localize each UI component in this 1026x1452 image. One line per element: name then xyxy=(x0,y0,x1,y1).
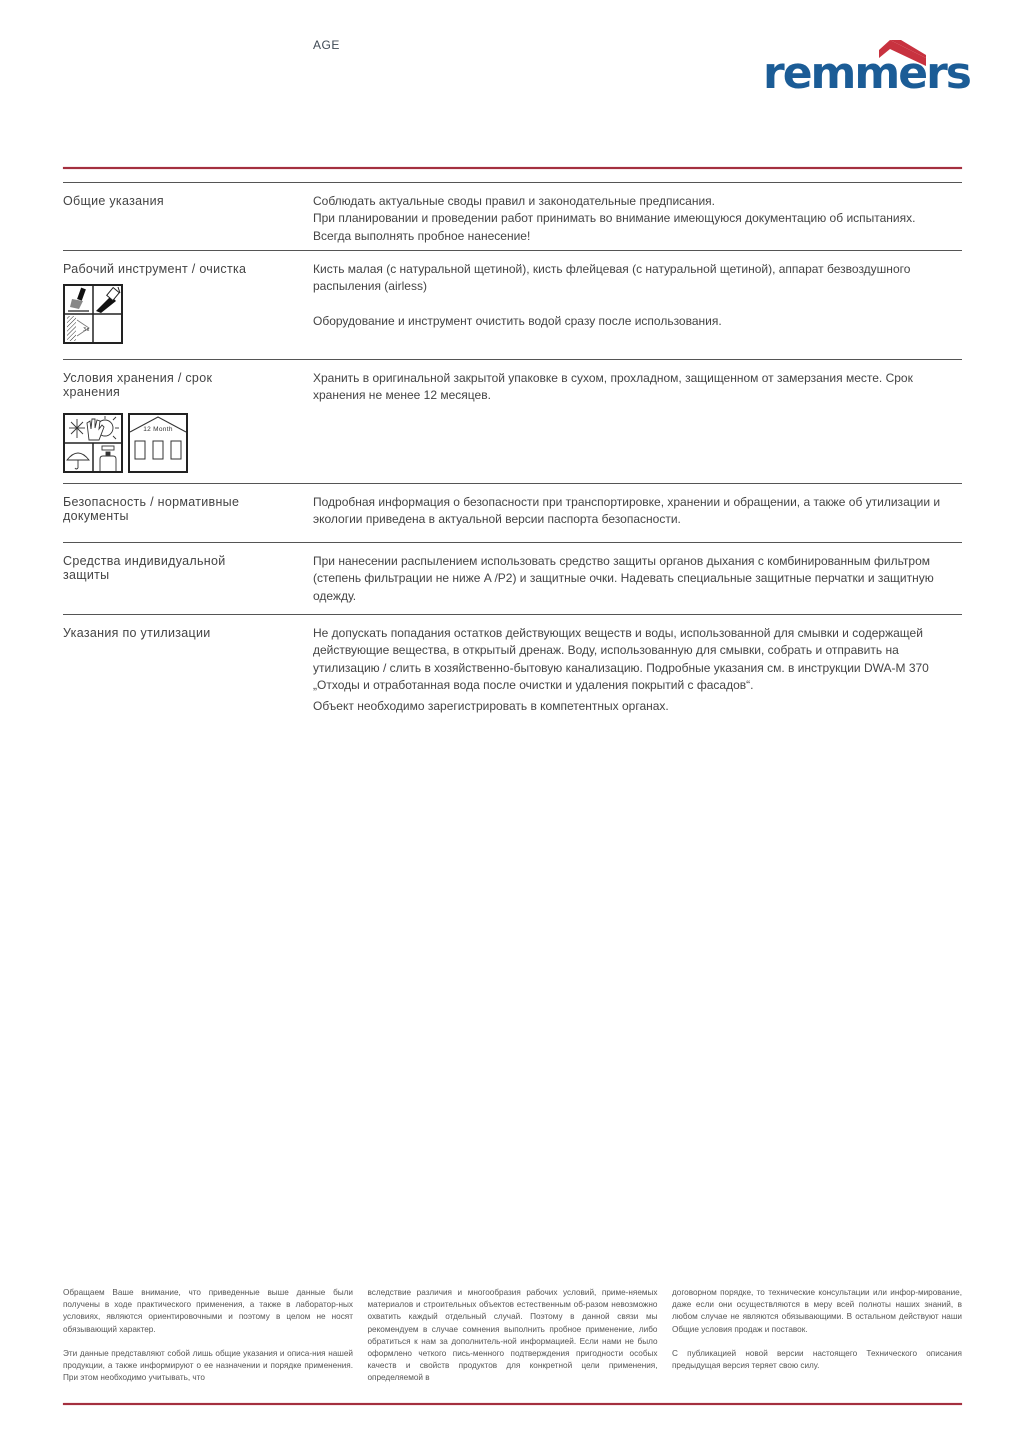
paragraph: При планировании и проведении работ прин… xyxy=(313,210,962,227)
section-label: Общие указания xyxy=(63,183,313,250)
paragraph: При нанесении распылением использовать с… xyxy=(313,553,962,605)
tools-pictograms: 3x xyxy=(63,284,313,344)
disclaimer-column-2: вследствие различия и многообразия рабоч… xyxy=(368,1287,658,1397)
disclaimer-paragraph: С публикацией новой версии настоящего Те… xyxy=(672,1348,962,1372)
paragraph: Хранить в оригинальной закрытой упаковке… xyxy=(313,370,962,405)
paragraph: Не допускать попадания остатков действую… xyxy=(313,625,962,695)
disclaimer-column-3: договорном порядке, то технические консу… xyxy=(672,1287,962,1397)
footer-divider xyxy=(63,1403,962,1405)
section-label-block: Условия хранения / срок хранения xyxy=(63,360,313,483)
paragraph: Оборудование и инструмент очистить водой… xyxy=(313,313,962,330)
section-ppe: Средства индивидуальной защиты При нанес… xyxy=(63,542,962,614)
paragraph: Объект необходимо зарегистрировать в ком… xyxy=(313,698,962,715)
section-label-block: Рабочий инструмент / очистка xyxy=(63,251,313,359)
svg-text:3x: 3x xyxy=(83,327,90,333)
section-label: Указания по утилизации xyxy=(63,615,313,725)
section-label: Рабочий инструмент / очистка xyxy=(63,262,313,276)
paragraph: Соблюдать актуальные своды правил и зако… xyxy=(313,193,962,210)
header-divider xyxy=(63,167,962,169)
section-tools: Рабочий инструмент / очистка xyxy=(63,250,962,359)
section-label: Условия хранения / срок хранения xyxy=(63,371,243,399)
document-code: AGE xyxy=(313,38,340,52)
logo-wordmark: remmers xyxy=(763,52,970,96)
storage-conditions-icon xyxy=(63,413,123,473)
legal-disclaimer: Обращаем Ваше внимание, что приведенные … xyxy=(63,1287,962,1397)
section-safety: Безопасность / нормативные документы Под… xyxy=(63,483,962,542)
section-general: Общие указания Соблюдать актуальные свод… xyxy=(63,182,962,250)
section-content: Хранить в оригинальной закрытой упаковке… xyxy=(313,360,962,483)
paragraph: Всегда выполнять пробное нанесение! xyxy=(313,228,962,245)
section-storage: Условия хранения / срок хранения xyxy=(63,359,962,483)
disclaimer-paragraph: Обращаем Ваше внимание, что приведенные … xyxy=(63,1287,353,1336)
svg-text:12 Month: 12 Month xyxy=(143,426,173,433)
disclaimer-paragraph: договорном порядке, то технические консу… xyxy=(672,1287,962,1336)
remmers-logo: remmers xyxy=(763,38,963,104)
section-content: Не допускать попадания остатков действую… xyxy=(313,615,962,725)
disclaimer-paragraph: вследствие различия и многообразия рабоч… xyxy=(368,1287,658,1385)
disclaimer-column-1: Обращаем Ваше внимание, что приведенные … xyxy=(63,1287,353,1397)
paragraph: Подробная информация о безопасности при … xyxy=(313,494,962,529)
disclaimer-paragraph: Эти данные представляют собой лишь общие… xyxy=(63,1348,353,1385)
section-label: Средства индивидуальной защиты xyxy=(63,543,243,614)
section-content: При нанесении распылением использовать с… xyxy=(313,543,962,614)
paragraph: Кисть малая (с натуральной щетиной), кис… xyxy=(313,261,962,296)
section-label: Безопасность / нормативные документы xyxy=(63,484,263,542)
tools-pictogram-icon: 3x xyxy=(63,284,123,344)
storage-pictograms: 12 Month xyxy=(63,413,313,473)
shelf-life-house-icon: 12 Month xyxy=(128,413,188,473)
section-content: Соблюдать актуальные своды правил и зако… xyxy=(313,183,962,250)
info-table: Общие указания Соблюдать актуальные свод… xyxy=(63,182,962,725)
section-content: Подробная информация о безопасности при … xyxy=(313,484,962,542)
section-disposal: Указания по утилизации Не допускать попа… xyxy=(63,614,962,725)
section-content: Кисть малая (с натуральной щетиной), кис… xyxy=(313,251,962,359)
